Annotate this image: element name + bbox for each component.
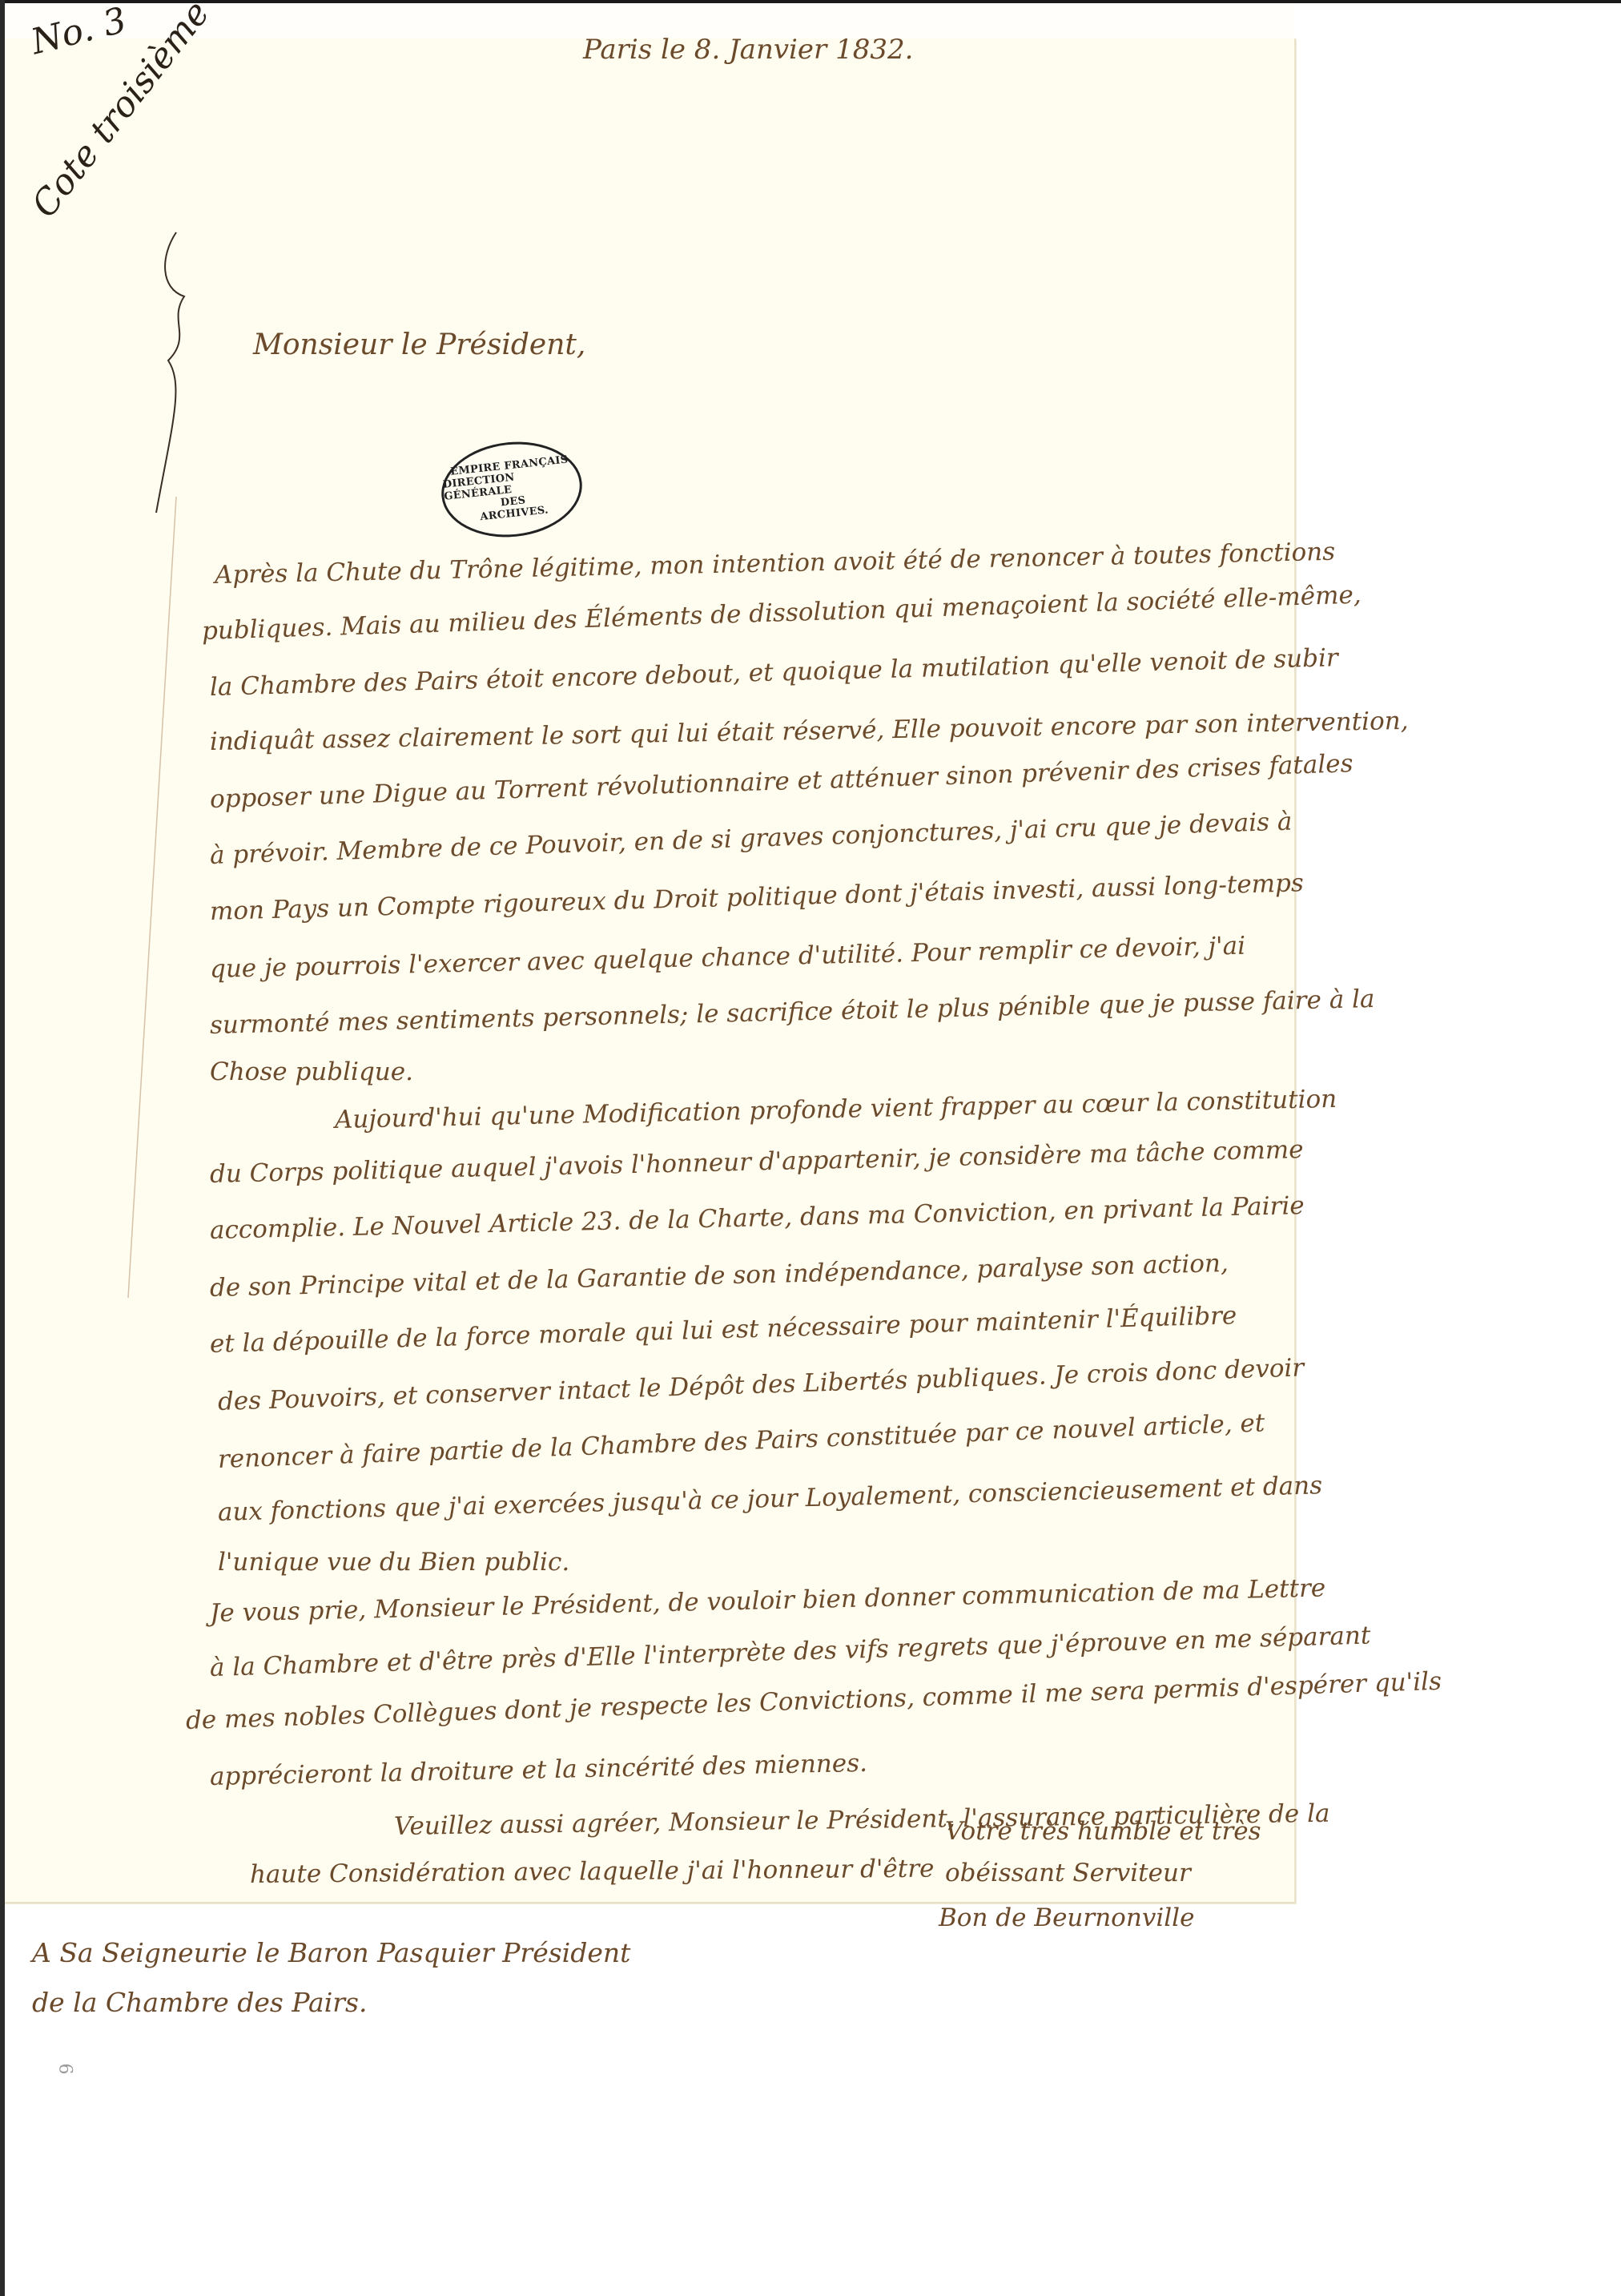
scan-left-edge	[0, 0, 5, 2296]
body-line: Chose publique.	[210, 1057, 413, 1086]
signature: Bon de Beurnonville	[939, 1903, 1194, 1932]
address-line-1: A Sa Seigneurie le Baron Pasquier Présid…	[32, 1937, 630, 1968]
margin-line	[120, 497, 184, 1298]
date-line: Paris le 8. Janvier 1832.	[583, 34, 913, 66]
margin-bracket-flourish	[152, 224, 200, 513]
corner-mark: 6	[55, 2064, 75, 2075]
closing-line-1: Votre très humble et très	[945, 1817, 1261, 1846]
body-line: l'unique vue du Bien public.	[218, 1548, 569, 1577]
body-line: haute Considération avec laquelle j'ai l…	[250, 1855, 935, 1889]
address-line-2: de la Chambre des Pairs.	[32, 1987, 367, 2018]
closing-line-2: obéissant Serviteur	[945, 1859, 1191, 1887]
stamp-line-4: ARCHIVES.	[480, 504, 549, 523]
salutation: Monsieur le Président,	[253, 328, 585, 361]
